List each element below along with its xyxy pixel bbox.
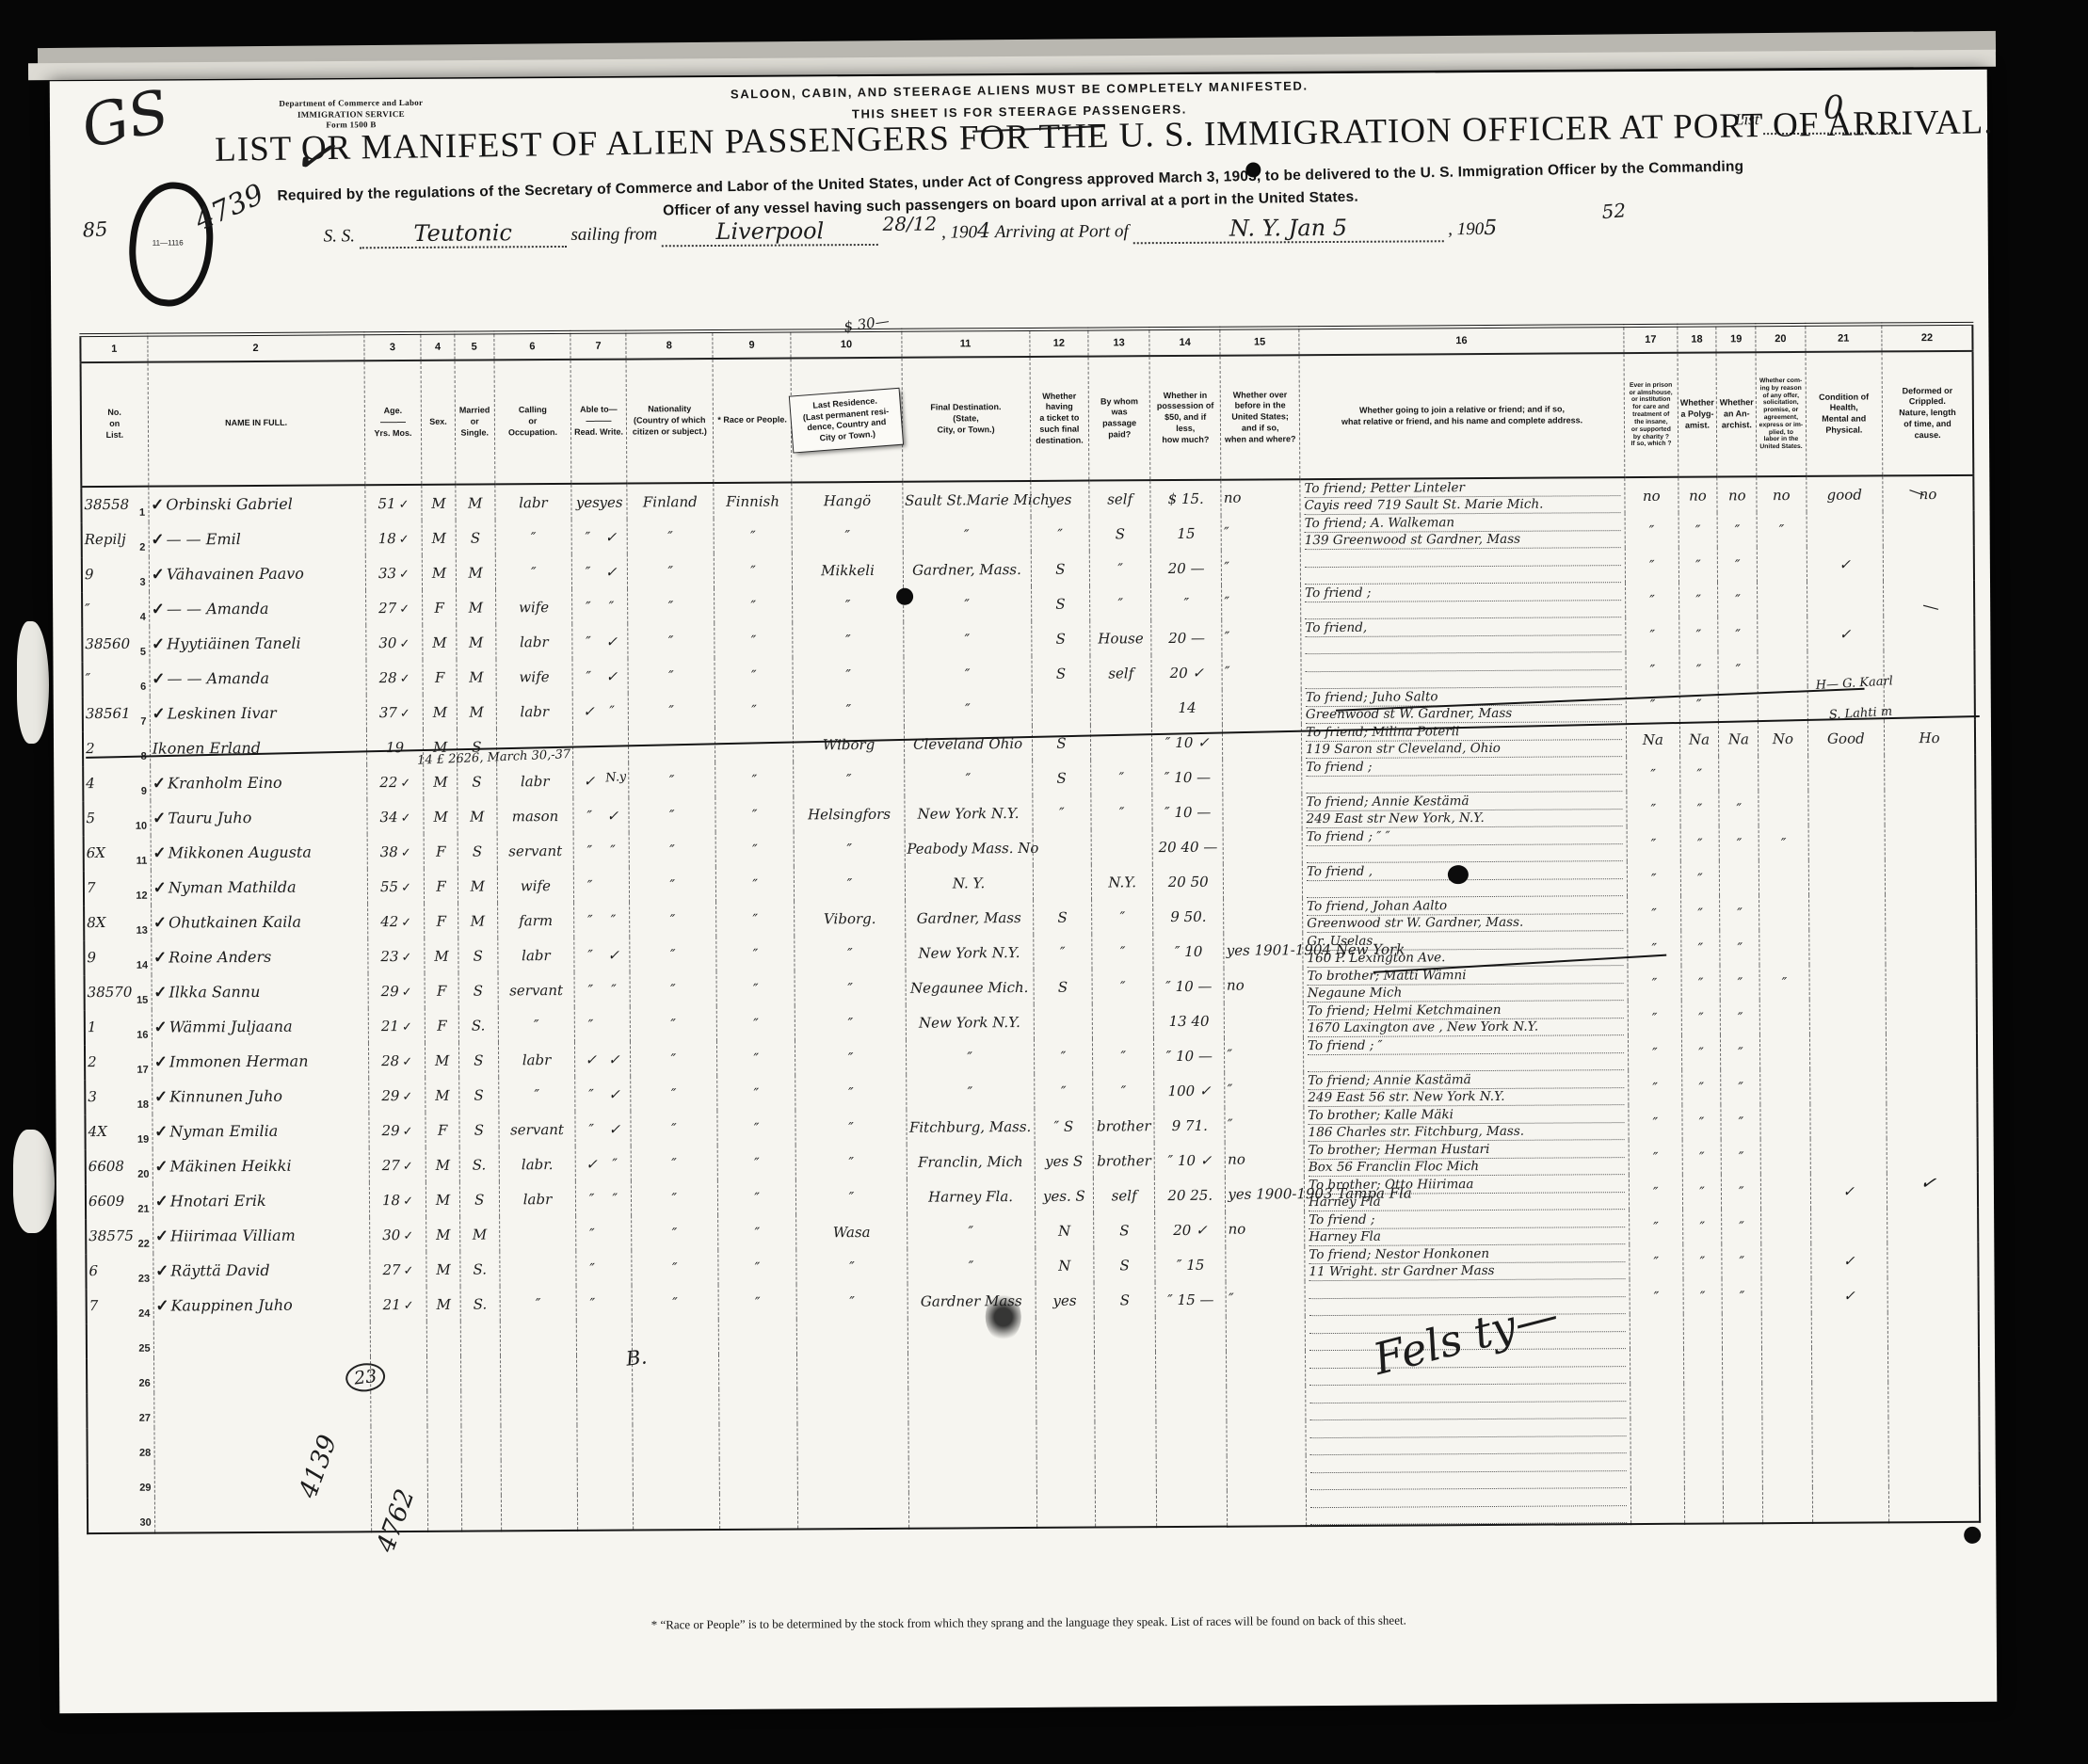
cell-health (1807, 790, 1885, 825)
cell-passage-paid-by: self (1090, 655, 1151, 690)
age-check-mark: ✓ (403, 1194, 413, 1208)
cell-health: Good (1807, 720, 1885, 755)
cell-prison: ″ (1627, 792, 1680, 826)
cell-deformed (1887, 1068, 1978, 1104)
cell-name: ✓Kranholm Eino (150, 764, 366, 800)
form-number: 11—1116 (153, 238, 184, 247)
serial-number: Repilj (85, 531, 126, 548)
cell-serial: 385617 (83, 697, 150, 731)
cell-prison: ″ (1628, 896, 1681, 931)
cell-relative-friend: To brother; Kalle Mäki186 Charles str. F… (1304, 1105, 1629, 1142)
cell-money (1157, 1491, 1229, 1527)
cell-ticket: S (1031, 586, 1090, 621)
cell-race: ″ (715, 831, 795, 867)
cell-relative-friend (1306, 1488, 1630, 1526)
cell-polygamist (1683, 1383, 1723, 1418)
cell-occupation: ″ (495, 554, 572, 589)
row-check-mark: ✓ (154, 1122, 168, 1141)
cell-last-residence: ″ (793, 518, 903, 553)
cell-sex: M (422, 521, 456, 555)
sailing-from-label: sailing from (570, 224, 657, 245)
col-number-8: 8 (626, 331, 713, 360)
relative-line2 (1305, 635, 1621, 654)
row-check-mark: ✓ (152, 634, 165, 653)
cell-occupation (499, 1216, 576, 1251)
cell-polygamist (1683, 1348, 1723, 1383)
row-number: 29 (139, 1483, 151, 1494)
cell-ticket: S (1032, 726, 1091, 761)
cell-money: ″ 10 (1153, 934, 1225, 969)
col-number-14: 14 (1149, 329, 1220, 356)
cell-before-us: ″ (1222, 550, 1301, 585)
row-check-mark: ✓ (153, 774, 166, 793)
read-value: ″ (581, 1259, 604, 1276)
cell-polygamist (1684, 1418, 1724, 1452)
cell-money (1155, 1317, 1227, 1352)
serial-number: 7 (87, 879, 96, 896)
row-number: 3 (139, 577, 145, 588)
cell-passage-paid-by: House (1090, 620, 1151, 655)
cell-polygamist: ″ (1681, 1000, 1721, 1034)
cell-occupation: ″ (500, 1286, 577, 1321)
cell-race: Finnish (714, 482, 793, 519)
cell-age: 30✓ (365, 625, 423, 660)
write-value: ″ (603, 1155, 627, 1172)
handwritten-4739: 4739 (190, 178, 269, 237)
cell-read-write: ″″ (573, 833, 629, 868)
cell-nationality: ″ (629, 797, 715, 833)
col-number-16: 16 (1299, 326, 1624, 355)
cell-deformed (1884, 650, 1975, 686)
col-label-11: Final Destination. (State, City, or Town… (902, 357, 1031, 482)
cell-labor-contract (1759, 930, 1809, 965)
cell-before-us: no (1226, 1211, 1305, 1247)
serial-number: 9 (87, 949, 96, 966)
serial-number: 6X (87, 844, 105, 861)
cell-prison (1630, 1384, 1684, 1419)
cell-final-destination: Peabody Mass. No (905, 830, 1033, 866)
serial-number: 6 (88, 1262, 98, 1279)
cell-final-destination: Gardner, Mass (905, 900, 1033, 936)
cell-married-single (461, 1425, 501, 1460)
cell-ticket (1032, 691, 1091, 726)
row-number: 24 (138, 1308, 150, 1320)
cell-serial: 660921 (86, 1184, 153, 1219)
arriving-label: Arriving at Port of (995, 221, 1129, 242)
cell-prison: ″ (1627, 861, 1680, 896)
cell-read-write: ✓✓ (575, 1042, 631, 1077)
age-check-mark: ✓ (403, 1228, 413, 1243)
manifest-table: 12345678910111213141516171819202122 No. … (79, 322, 1981, 1534)
cell-occupation (500, 1321, 577, 1355)
cell-money: 13 40 (1153, 1003, 1225, 1038)
cell-sex: M (426, 1078, 459, 1113)
cell-name: ✓Ohutkainen Kaila (151, 904, 367, 939)
cell-last-residence: ″ (795, 831, 905, 867)
cell-polygamist: ″ (1681, 965, 1721, 1000)
relative-line1: To friend, Johan Aalto (1307, 897, 1623, 916)
cell-read-write: ″✓ (571, 520, 627, 554)
row-check-mark: ✓ (154, 1087, 168, 1106)
cell-married-single (461, 1460, 501, 1495)
cell-last-residence: Wiborg (794, 727, 904, 762)
col-label-10: Last Residence. (Last permanent resi- de… (792, 358, 903, 483)
read-value: ✓ (580, 1155, 603, 1172)
write-value: ✓ (603, 1120, 627, 1137)
cell-serial: ″4 (82, 592, 149, 627)
cell-polygamist: ″ (1683, 1278, 1723, 1313)
cell-read-write: ″✓ (572, 554, 628, 589)
cell-final-destination: ″ (903, 586, 1031, 622)
cell-serial: 385605 (82, 627, 149, 662)
cell-passage-paid-by (1093, 1003, 1154, 1038)
write-value: yes (599, 493, 622, 510)
col-number-3: 3 (364, 333, 422, 361)
cell-sex: F (426, 1113, 459, 1147)
cell-final-destination: ″ (906, 1074, 1034, 1110)
row-number: 16 (137, 1030, 148, 1041)
cell-married-single: S. (460, 1251, 500, 1286)
relative-line2 (1307, 844, 1623, 863)
cell-name: ✓— — Amanda (149, 590, 365, 626)
cell-serial: 27 (87, 1393, 153, 1428)
row-check-mark: ✓ (151, 495, 164, 514)
serial-number: 38558 (84, 496, 129, 513)
cell-sex: M (426, 1043, 459, 1078)
relative-line2: 249 East str New York, N.Y. (1307, 810, 1623, 828)
write-value: ✓ (600, 633, 623, 649)
cell-deformed: no (1883, 475, 1974, 512)
port-of-departure: Liverpool (662, 217, 878, 247)
cell-money: ″ (1151, 585, 1223, 620)
cell-passage-paid-by (1095, 1317, 1156, 1352)
cell-money: ″ 15 (1155, 1247, 1227, 1282)
read-value: ✓ (577, 702, 601, 719)
cell-married-single: M (457, 659, 496, 694)
cell-ticket (1036, 1318, 1095, 1353)
cell-passage-paid-by: ″ (1090, 585, 1151, 620)
cell-prison: ″ (1626, 652, 1679, 687)
cell-serial: 29 (88, 1463, 154, 1498)
col-label-1: No. on List. (81, 362, 149, 487)
col-number-15: 15 (1220, 328, 1299, 356)
cell-prison: ″ (1627, 757, 1680, 792)
relative-line1: To friend; Helmi Ketchmainen (1308, 1002, 1624, 1020)
serial-number: 8X (87, 914, 105, 931)
cell-polygamist: ″ (1680, 826, 1720, 860)
cell-money: ″ 10 ✓ (1154, 1143, 1226, 1178)
cell-prison: ″ (1629, 1070, 1682, 1105)
read-value: ″ (577, 667, 601, 684)
cell-before-us (1228, 1455, 1307, 1491)
cell-last-residence: ″ (795, 936, 905, 971)
relative-line1 (1309, 1280, 1626, 1299)
read-value: ″ (576, 563, 600, 580)
cell-polygamist: ″ (1682, 1243, 1722, 1278)
cell-money: 20 ✓ (1155, 1212, 1227, 1247)
relative-line1: To friend; Annie Kestämä (1306, 793, 1622, 811)
cell-health: ✓ (1807, 546, 1884, 581)
cell-prison: no (1625, 477, 1678, 513)
row-number: 22 (138, 1239, 150, 1250)
cell-labor-contract: ″ (1759, 965, 1809, 1000)
cell-occupation: labr (496, 763, 573, 798)
row-number: 17 (137, 1065, 148, 1076)
cell-nationality: ″ (627, 519, 714, 554)
read-value: ″ (579, 911, 602, 928)
col-label-3: Age. ——— Yrs. Mos. (364, 361, 422, 485)
sailing-year-digit: 4 (977, 219, 990, 243)
cell-race: ″ (714, 553, 793, 588)
check-mark: ✓ (288, 125, 338, 187)
cell-labor-contract: ″ (1757, 512, 1807, 547)
row-number: 27 (139, 1413, 151, 1424)
cell-name: ✓Orbinski Gabriel (148, 485, 364, 521)
cell-relative-friend (1300, 548, 1625, 585)
cell-race: ″ (715, 901, 795, 937)
cell-married-single: S. (460, 1286, 500, 1321)
cell-read-write: ″✓ (574, 938, 630, 972)
cell-name: ✓Nyman Emilia (153, 1113, 369, 1148)
write-value: ✓ (602, 946, 625, 963)
cell-anarchist (1724, 1452, 1763, 1487)
cell-deformed (1887, 1138, 1978, 1174)
cell-health: good (1806, 475, 1883, 511)
cell-health (1809, 964, 1887, 999)
cell-money (1156, 1421, 1228, 1456)
cell-polygamist: ″ (1679, 791, 1719, 826)
read-value: ″ (579, 981, 602, 998)
cell-sex: F (424, 834, 458, 869)
cell-final-destination (908, 1422, 1036, 1458)
cell-passage-paid-by: brother (1093, 1143, 1154, 1178)
cell-ticket (1036, 1387, 1095, 1422)
cell-ticket: ″ (1033, 935, 1092, 970)
col-number-7: 7 (570, 332, 626, 360)
cell-age: 38✓ (367, 834, 425, 869)
cell-passage-paid-by: S (1094, 1212, 1155, 1247)
row-number: 25 (138, 1343, 150, 1355)
cell-occupation: labr (495, 484, 572, 520)
cell-ticket: S (1032, 761, 1091, 795)
cell-married-single (461, 1390, 501, 1425)
cell-read-write (577, 1460, 633, 1495)
cell-married-single: M (456, 589, 495, 624)
cell-ticket (1034, 1004, 1093, 1039)
relative-line2: 11 Wright. str Gardner Mass (1309, 1262, 1625, 1281)
row-check-mark: ✓ (151, 565, 164, 584)
write-value: ✓ (600, 563, 623, 580)
write-value: ✓ (601, 667, 624, 684)
sailing-line: S. S. Teutonic sailing from Liverpool 28… (324, 214, 1498, 249)
footnote: * “Race or People” is to be determined b… (182, 1610, 1876, 1635)
cell-occupation: labr (496, 694, 573, 729)
cell-anarchist: ″ (1719, 791, 1759, 826)
cell-sex: M (424, 799, 458, 834)
cell-occupation: labr (495, 624, 572, 659)
col-number-5: 5 (455, 332, 494, 360)
cell-race: ″ (715, 692, 794, 728)
col-number-2: 2 (147, 333, 363, 361)
cell-serial: 26 (87, 1358, 153, 1393)
cell-nationality: ″ (627, 588, 714, 624)
cell-before-us: ″ (1221, 515, 1300, 551)
cell-name: ✓Räyttä David (153, 1252, 369, 1288)
cell-health (1809, 1103, 1887, 1138)
cell-anarchist (1720, 860, 1759, 895)
cell-serial: 3857522 (86, 1219, 153, 1254)
relative-line2 (1306, 670, 1622, 689)
cell-health (1810, 1138, 1887, 1173)
cell-name (154, 1461, 371, 1497)
cell-anarchist: ″ (1720, 965, 1759, 1000)
cell-sex: F (423, 590, 457, 625)
cell-nationality: ″ (632, 1285, 718, 1321)
ink-blob-4 (986, 1293, 1021, 1340)
cell-final-destination: ″ (907, 1213, 1035, 1249)
cell-name: ✓Hnotari Erik (153, 1182, 369, 1218)
pasted-slip: Last Residence. (Last permanent resi- de… (790, 388, 903, 451)
cell-before-us: yes 1900-1903 Tampa Fla (1226, 1177, 1305, 1212)
row-check-mark: ✓ (153, 809, 166, 827)
cell-relative-friend: To brother; Herman HustariBox 56 Francli… (1304, 1140, 1629, 1177)
cell-passage-paid-by: ″ (1092, 934, 1153, 969)
cell-occupation: ″ (498, 1077, 575, 1112)
cell-sex: M (424, 764, 458, 799)
age-check-mark: ✓ (400, 706, 410, 720)
cell-deformed (1883, 546, 1974, 582)
row-check-mark: ✓ (154, 1052, 168, 1071)
col-label-4: Sex. (421, 361, 455, 485)
cell-final-destination (908, 1492, 1036, 1529)
row-check-mark: ✓ (155, 1227, 169, 1245)
cell-last-residence: ″ (796, 1145, 907, 1180)
row-check-mark: ✓ (153, 983, 167, 1002)
cell-ticket (1036, 1422, 1095, 1457)
cell-serial: 385581 (81, 487, 148, 522)
cell-labor-contract (1759, 1000, 1809, 1034)
cell-anarchist: no (1717, 476, 1757, 512)
cell-polygamist: ″ (1682, 1209, 1722, 1243)
cell-occupation: servant (498, 972, 575, 1007)
cell-married-single (461, 1495, 501, 1531)
age-check-mark: ✓ (399, 532, 410, 546)
write-value: ″ (602, 911, 625, 928)
relative-line2: Greenwood str W. Gardner, Mass. (1307, 914, 1623, 933)
cell-age: 33✓ (365, 555, 423, 590)
cell-relative-friend: To friend; Petter LintelerCayis reed 719… (1300, 477, 1625, 515)
cell-ticket: ″ (1032, 795, 1091, 830)
serial-number: 9 (85, 566, 94, 583)
cell-nationality: ″ (631, 1146, 717, 1181)
cell-before-us (1224, 898, 1303, 934)
cell-polygamist (1683, 1313, 1723, 1348)
cell-occupation (501, 1495, 578, 1531)
cell-money (1156, 1387, 1228, 1421)
row-number: 10 (136, 821, 147, 832)
row-check-mark: ✓ (155, 1192, 169, 1211)
cell-health (1808, 929, 1886, 964)
cell-passage-paid-by: ″ (1090, 551, 1151, 585)
relative-line2: 186 Charles str. Fitchburg, Mass. (1309, 1123, 1625, 1142)
cell-nationality: ″ (630, 1006, 716, 1042)
cell-before-us (1223, 759, 1302, 794)
cell-relative-friend: To friend ;Harney Fla (1305, 1210, 1630, 1246)
cell-before-us (1225, 1002, 1304, 1038)
cell-anarchist: ″ (1722, 1174, 1761, 1209)
cell-health: ✓ (1807, 616, 1884, 650)
cell-race: ″ (718, 1284, 797, 1320)
cell-money (1156, 1352, 1228, 1387)
relative-line1: To friend ; ″ ″ (1307, 827, 1623, 846)
relative-line2 (1310, 1471, 1627, 1490)
cell-polygamist: ″ (1680, 895, 1720, 930)
cell-money: 20 — (1150, 551, 1222, 585)
arrive-year-prefix: , 190 (1448, 219, 1484, 239)
cell-nationality: ″ (628, 658, 715, 694)
cell-age: 28✓ (366, 660, 424, 695)
cell-serial: 4X19 (85, 1115, 152, 1149)
cell-race: ″ (716, 1005, 795, 1041)
cell-passage-paid-by (1090, 690, 1151, 725)
cell-married-single: S. (459, 1147, 499, 1181)
col-label-18: Whether a Polyg- amist. (1678, 352, 1718, 476)
cell-read-write (577, 1355, 633, 1390)
relative-line1: To friend; A. Walkeman (1305, 514, 1621, 533)
cell-money: 100 ✓ (1154, 1073, 1226, 1108)
cell-deformed (1888, 1451, 1980, 1487)
cell-race: ″ (717, 1110, 796, 1146)
cell-last-residence (798, 1458, 908, 1494)
col-number-21: 21 (1805, 324, 1882, 351)
cell-relative-friend: To friend, Johan AaltoGreenwood str W. G… (1303, 896, 1628, 933)
cell-prison (1630, 1349, 1684, 1384)
cell-final-destination: Cleveland Ohio (904, 726, 1032, 762)
cell-race (718, 1354, 797, 1389)
cell-nationality (633, 1459, 719, 1495)
cell-sex: F (425, 904, 458, 938)
cell-before-us: ″ (1225, 1072, 1304, 1108)
row-check-mark: ✓ (152, 704, 165, 723)
cell-race (715, 727, 794, 762)
serial-number: ″ (85, 601, 90, 617)
col-label-12: Whether having a ticket to such final de… (1030, 357, 1090, 481)
cell-prison: ″ (1627, 826, 1680, 861)
serial-number: 6609 (88, 1193, 124, 1210)
cell-sex: M (426, 1147, 459, 1182)
cell-sex (427, 1426, 461, 1461)
relative-line1: To friend ; (1309, 1211, 1625, 1229)
cell-sex: M (423, 555, 457, 590)
cell-serial: 6X11 (84, 836, 151, 871)
cell-read-write (577, 1425, 633, 1460)
cell-age: 37✓ (366, 695, 424, 730)
row-number: 9 (141, 786, 147, 797)
cell-health (1808, 894, 1886, 929)
cell-before-us (1224, 863, 1303, 899)
relative-line2 (1309, 1402, 1626, 1420)
cell-last-residence: ″ (795, 1005, 906, 1041)
cell-final-destination: Franclin, Mich (907, 1144, 1035, 1179)
cell-deformed (1887, 1034, 1978, 1069)
cell-polygamist: ″ (1682, 1139, 1722, 1174)
cell-passage-paid-by: S (1089, 516, 1150, 551)
cell-occupation: farm (497, 903, 574, 938)
cell-passage-paid-by: ″ (1092, 899, 1153, 934)
cell-last-residence: ″ (795, 1040, 906, 1076)
cell-money: 14 (1151, 690, 1223, 725)
cell-race (719, 1493, 798, 1530)
